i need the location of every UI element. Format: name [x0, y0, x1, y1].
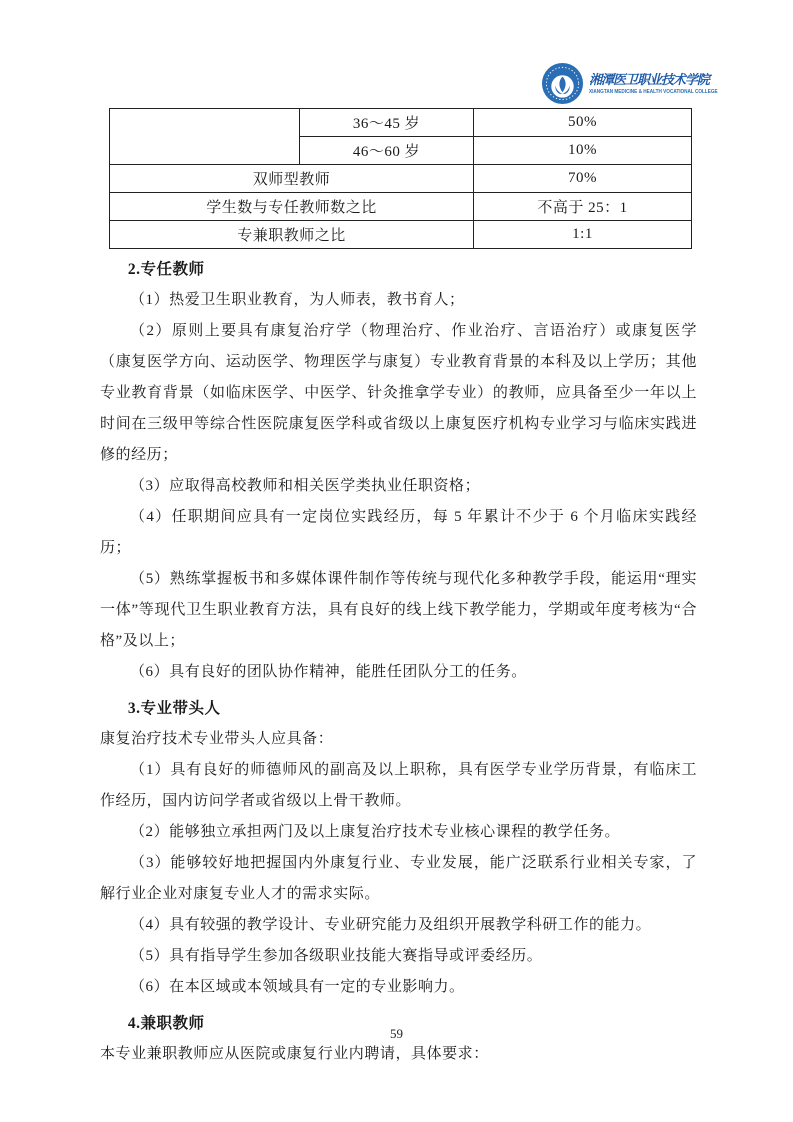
- table-cell-value: 不高于 25：1: [474, 193, 692, 221]
- list-item: （2）原则上要具有康复治疗学（物理治疗、作业治疗、言语治疗）或康复医学（康复医学…: [100, 316, 697, 471]
- college-name-en: XIANGTAN MEDICINE & HEALTH VOCATIONAL CO…: [589, 88, 718, 95]
- list-item: （2）能够独立承担两门及以上康复治疗技术专业核心课程的教学任务。: [100, 817, 697, 848]
- list-item: （5）具有指导学生参加各级职业技能大赛指导或评委经历。: [100, 941, 697, 972]
- document-page: 湘潭医卫职业技术学院 XIANGTAN MEDICINE & HEALTH VO…: [0, 0, 793, 1122]
- list-item: （3）能够较好地把握国内外康复行业、专业发展，能广泛联系行业相关专家，了解行业企…: [100, 848, 697, 910]
- faculty-requirements-table: 36～45 岁 50% 46～60 岁 10% 双师型教师 70% 学生数与专任…: [109, 108, 692, 249]
- table-cell-metric: 专兼职教师之比: [110, 221, 474, 249]
- list-item: （4）具有较强的教学设计、专业研究能力及组织开展教学科研工作的能力。: [100, 910, 697, 941]
- college-logo: 湘潭医卫职业技术学院 XIANGTAN MEDICINE & HEALTH VO…: [541, 62, 754, 105]
- document-body: 36～45 岁 50% 46～60 岁 10% 双师型教师 70% 学生数与专任…: [100, 108, 697, 1070]
- list-item: （5）熟练掌握板书和多媒体课件制作等传统与现代化多种教学手段，能运用“理实一体”…: [100, 564, 697, 657]
- list-item: （4）任职期间应具有一定岗位实践经历，每 5 年累计不少于 6 个月临床实践经历…: [100, 502, 697, 564]
- list-item: （6）具有良好的团队协作精神，能胜任团队分工的任务。: [100, 657, 697, 688]
- table-cell-metric: 学生数与专任教师数之比: [110, 193, 474, 221]
- intro-paragraph: 康复治疗技术专业带头人应具备：: [100, 724, 697, 755]
- table-cell-age-range: 36～45 岁: [300, 109, 474, 137]
- table-row: 双师型教师 70%: [110, 165, 692, 193]
- table-cell-value: 70%: [474, 165, 692, 193]
- list-item: （3）应取得高校教师和相关医学类执业任职资格；: [100, 471, 697, 502]
- table-row: 36～45 岁 50%: [110, 109, 692, 137]
- list-item: （1）热爱卫生职业教育，为人师表，教书育人；: [100, 285, 697, 316]
- college-name-block: 湘潭医卫职业技术学院 XIANGTAN MEDICINE & HEALTH VO…: [589, 72, 754, 96]
- table-cell-value: 1:1: [474, 221, 692, 249]
- table-cell-empty: [110, 109, 300, 165]
- section-heading-full-time-teachers: 2.专任教师: [100, 254, 697, 285]
- section-heading-program-leader: 3.专业带头人: [100, 693, 697, 724]
- table-row: 学生数与专任教师数之比 不高于 25：1: [110, 193, 692, 221]
- intro-paragraph: 本专业兼职教师应从医院或康复行业内聘请，具体要求：: [100, 1039, 697, 1070]
- list-item: （1）具有良好的师德师风的副高及以上职称，具有医学专业学历背景，有临床工作经历，…: [100, 755, 697, 817]
- table-cell-value: 50%: [474, 109, 692, 137]
- page-number: 59: [0, 1026, 793, 1042]
- table-cell-metric: 双师型教师: [110, 165, 474, 193]
- table-cell-value: 10%: [474, 137, 692, 165]
- college-emblem-icon: [541, 62, 584, 105]
- list-item: （6）在本区域或本领域具有一定的专业影响力。: [100, 972, 697, 1003]
- table-cell-age-range: 46～60 岁: [300, 137, 474, 165]
- college-name-cn: 湘潭医卫职业技术学院: [589, 72, 754, 88]
- table-row: 专兼职教师之比 1:1: [110, 221, 692, 249]
